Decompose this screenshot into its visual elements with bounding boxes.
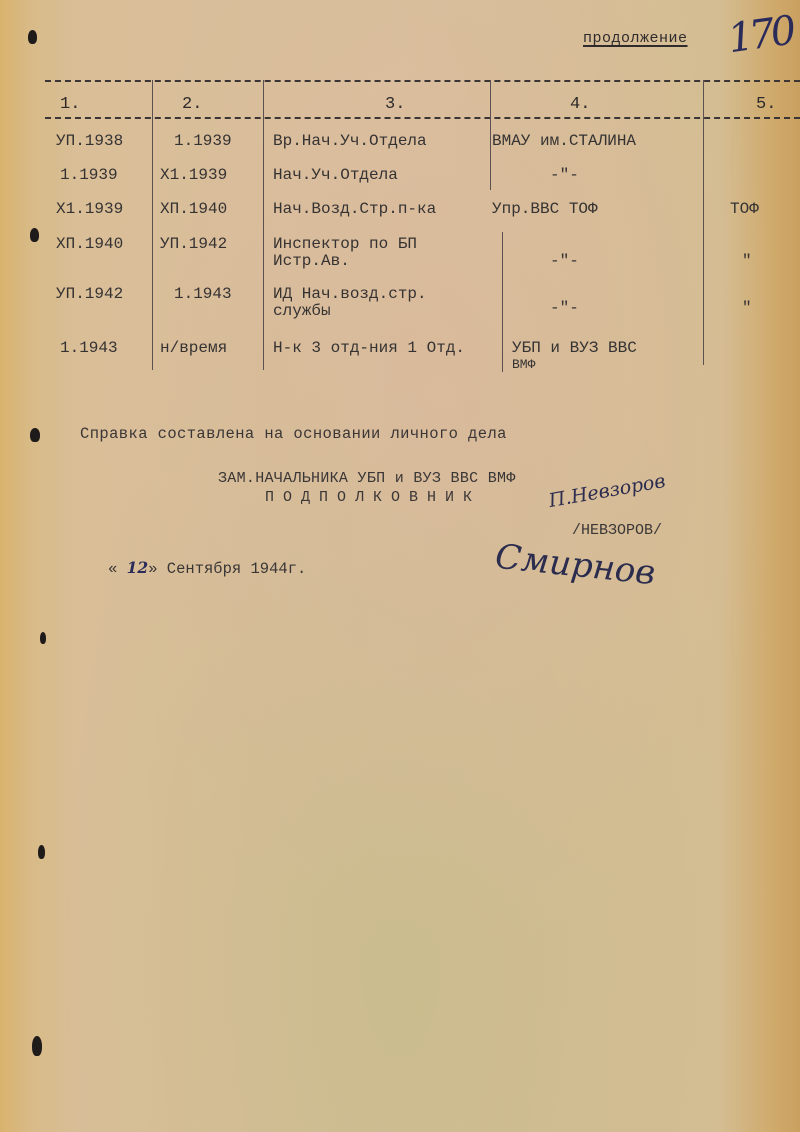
cell-to: 1.1939 [174,133,232,150]
punch-hole [30,428,40,442]
column-header-2: 2. [182,95,202,114]
column-header-4: 4. [570,95,590,114]
cell-from: 1.1939 [60,167,118,184]
cell-unit: УБП и ВУЗ ВВС [512,340,637,357]
cell-unit: -"- [550,300,579,317]
table-top-rule [45,80,800,82]
cell-position: Вр.Нач.Уч.Отдела [273,133,427,150]
cell-from: 1.1943 [60,340,118,357]
signatory-name: /НЕВЗОРОВ/ [572,522,662,539]
cell-to: Х1.1939 [160,167,227,184]
cell-fleet: " [742,300,752,317]
punch-hole [32,1036,42,1056]
continuation-label: продолжение [583,30,688,47]
cell-position-cont: Истр.Ав. [273,253,350,270]
page-number: 170 [725,8,795,63]
document-date: « 12» Сентября 1944г. [108,558,306,578]
cell-fleet: ТОФ [730,201,759,218]
second-handwritten-signature: Смирнов [493,537,657,594]
cell-to: ХП.1940 [160,201,227,218]
table-header-rule [45,117,800,119]
column-divider [703,80,704,365]
cell-unit: ВМАУ им.СТАЛИНА [492,133,636,150]
handwritten-signature: П.Невзоров [547,470,667,512]
cell-position-cont: службы [273,303,331,320]
cell-from: ХП.1940 [56,236,123,253]
date-day: 12 [127,558,149,577]
column-divider [502,232,503,372]
cell-position: Н-к 3 отд-ния 1 Отд. [273,340,465,357]
cell-position: Инспектор по БП [273,236,417,253]
cell-position: ИД Нач.возд.стр. [273,286,427,303]
cell-unit-cont: ВМФ [512,356,535,373]
cell-to: УП.1942 [160,236,227,253]
cell-to: 1.1943 [174,286,232,303]
cell-to: н/время [160,340,227,357]
cell-from: УП.1942 [56,286,123,303]
cell-position: Нач.Возд.Стр.п-ка [273,201,436,218]
punch-hole [38,845,45,859]
reference-note: Справка составлена на основании личного … [80,425,507,443]
date-month-year: Сентября 1944г. [167,560,307,578]
cell-unit: -"- [550,167,579,184]
column-divider [490,80,491,190]
punch-hole [30,228,39,242]
cell-fleet: " [742,253,752,270]
column-header-5: 5. [756,95,776,114]
cell-from: Х1.1939 [56,201,123,218]
column-header-1: 1. [60,95,80,114]
column-header-3: 3. [385,95,405,114]
cell-unit: -"- [550,253,579,270]
cell-unit: Упр.ВВС ТОФ [492,201,598,218]
signatory-title: ЗАМ.НАЧАЛЬНИКА УБП и ВУЗ ВВС ВМФ [218,470,516,487]
cell-position: Нач.Уч.Отдела [273,167,398,184]
punch-hole [40,632,46,644]
punch-hole [28,30,37,44]
signatory-rank: ПОДПОЛКОВНИК [265,489,481,506]
column-divider [152,80,153,370]
column-divider [263,80,264,370]
cell-from: УП.1938 [56,133,123,150]
